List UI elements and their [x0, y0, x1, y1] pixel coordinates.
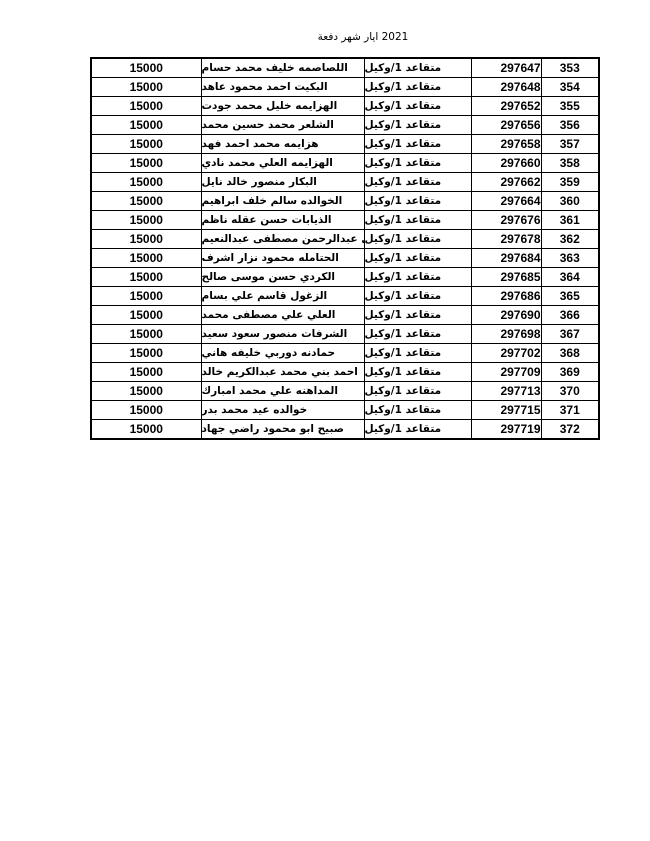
table-row: 15000 صالح موسى حسن الكردي وكيل/‎1 متقاع…	[91, 268, 599, 287]
sequence-cell: 362	[541, 230, 599, 249]
pension-number-cell: 297686	[471, 287, 541, 306]
sequence-cell: 364	[541, 268, 599, 287]
pension-number-cell: 297676	[471, 211, 541, 230]
amount-cell: 15000	[91, 97, 201, 116]
rank-cell: وكيل/‎1 متقاعد	[364, 97, 471, 116]
amount-cell: 15000	[91, 173, 201, 192]
name-cell: ناظم عقله حسن الذيابات	[201, 211, 364, 230]
amount-cell: 15000	[91, 249, 201, 268]
sequence-cell: 361	[541, 211, 599, 230]
pension-table: 15000 حسام محمد خليف اللصاصمه وكيل/‎1 مت…	[90, 57, 600, 440]
table-row: 15000 امبارك محمد علي المداهنه وكيل/‎1 م…	[91, 382, 599, 401]
sequence-cell: 354	[541, 78, 599, 97]
table-row: 15000 جهاد راضي محمود ابو صبيح وكيل/‎1 م…	[91, 420, 599, 440]
page-title: دفعة شهر ايار 2021	[90, 31, 598, 43]
pension-table-body: 15000 حسام محمد خليف اللصاصمه وكيل/‎1 مت…	[91, 58, 599, 439]
table-row: 15000 ابراهيم خلف سالم الخوالده وكيل/‎1 …	[91, 192, 599, 211]
sequence-cell: 355	[541, 97, 599, 116]
sequence-cell: 366	[541, 306, 599, 325]
rank-cell: وكيل/‎1 متقاعد	[364, 78, 471, 97]
name-cell: جهاد راضي محمود ابو صبيح	[201, 420, 364, 440]
sequence-cell: 365	[541, 287, 599, 306]
amount-cell: 15000	[91, 154, 201, 173]
name-cell: محمد مصطفى علي العلي	[201, 306, 364, 325]
sequence-cell: 371	[541, 401, 599, 420]
rank-cell: وكيل/‎1 متقاعد	[364, 192, 471, 211]
rank-cell: وكيل/‎1 متقاعد	[364, 344, 471, 363]
sequence-cell: 367	[541, 325, 599, 344]
table-row: 15000 محمد حسين محمد الشلعر وكيل/‎1 متقا…	[91, 116, 599, 135]
sequence-cell: 363	[541, 249, 599, 268]
amount-cell: 15000	[91, 401, 201, 420]
table-row: 15000 حسام محمد خليف اللصاصمه وكيل/‎1 مت…	[91, 58, 599, 78]
sequence-cell: 356	[541, 116, 599, 135]
name-cell: نايل خالد منصور البكار	[201, 173, 364, 192]
rank-cell: وكيل/‎1 متقاعد	[364, 306, 471, 325]
amount-cell: 15000	[91, 268, 201, 287]
rank-cell: وكيل/‎1 متقاعد	[364, 173, 471, 192]
sequence-cell: 369	[541, 363, 599, 382]
pension-number-cell: 297660	[471, 154, 541, 173]
name-cell: هاني خليفه دوربي حمادنه	[201, 344, 364, 363]
rank-cell: وكيل/‎1 متقاعد	[364, 211, 471, 230]
pension-number-cell: 297664	[471, 192, 541, 211]
table-row: 15000 هاني خليفه دوربي حمادنه وكيل/‎1 مت…	[91, 344, 599, 363]
name-cell: نادي محمد العلي الهزايمه	[201, 154, 364, 173]
amount-cell: 15000	[91, 382, 201, 401]
rank-cell: وكيل/‎1 متقاعد	[364, 325, 471, 344]
sequence-cell: 370	[541, 382, 599, 401]
table-row: 15000 فهد احمد محمد هزايمه وكيل/‎1 متقاع…	[91, 135, 599, 154]
name-cell: فهد احمد محمد هزايمه	[201, 135, 364, 154]
amount-cell: 15000	[91, 306, 201, 325]
pension-number-cell: 297715	[471, 401, 541, 420]
amount-cell: 15000	[91, 363, 201, 382]
name-cell: عاهد محمود احمد البكيت	[201, 78, 364, 97]
pension-number-cell: 297709	[471, 363, 541, 382]
name-cell: بسام علي قاسم الزغول	[201, 287, 364, 306]
amount-cell: 15000	[91, 287, 201, 306]
sequence-cell: 359	[541, 173, 599, 192]
pension-number-cell: 297652	[471, 97, 541, 116]
rank-cell: وكيل/‎1 متقاعد	[364, 135, 471, 154]
table-row: 15000 نايل خالد منصور البكار وكيل/‎1 متق…	[91, 173, 599, 192]
name-cell: امبارك محمد علي المداهنه	[201, 382, 364, 401]
name-cell: سعيد سعود منصور الشرفات	[201, 325, 364, 344]
rank-cell: وكيل/‎1 متقاعد	[364, 382, 471, 401]
pension-number-cell: 297702	[471, 344, 541, 363]
pension-number-cell: 297662	[471, 173, 541, 192]
pension-number-cell: 297719	[471, 420, 541, 440]
pension-number-cell: 297647	[471, 58, 541, 78]
amount-cell: 15000	[91, 230, 201, 249]
name-cell: عبدالنعيم مصطفى عبدالرحمن زقيلي	[201, 230, 364, 249]
sequence-cell: 368	[541, 344, 599, 363]
sequence-cell: 360	[541, 192, 599, 211]
rank-cell: وكيل/‎1 متقاعد	[364, 116, 471, 135]
table-row: 15000 نادي محمد العلي الهزايمه وكيل/‎1 م…	[91, 154, 599, 173]
rank-cell: وكيل/‎1 متقاعد	[364, 230, 471, 249]
table-row: 15000 خالد عبدالكريم محمد بني احمد وكيل/…	[91, 363, 599, 382]
table-row: 15000 سعيد سعود منصور الشرفات وكيل/‎1 مت…	[91, 325, 599, 344]
pension-number-cell: 297656	[471, 116, 541, 135]
pension-number-cell: 297648	[471, 78, 541, 97]
sequence-cell: 372	[541, 420, 599, 440]
name-cell: جودت محمد خليل الهزايمه	[201, 97, 364, 116]
name-cell: اشرف نزار محمود الحتامله	[201, 249, 364, 268]
rank-cell: وكيل/‎1 متقاعد	[364, 58, 471, 78]
amount-cell: 15000	[91, 325, 201, 344]
pension-number-cell: 297658	[471, 135, 541, 154]
amount-cell: 15000	[91, 420, 201, 440]
amount-cell: 15000	[91, 135, 201, 154]
rank-cell: وكيل/‎1 متقاعد	[364, 420, 471, 440]
pension-number-cell: 297698	[471, 325, 541, 344]
pension-number-cell: 297690	[471, 306, 541, 325]
sequence-cell: 357	[541, 135, 599, 154]
pension-number-cell: 297678	[471, 230, 541, 249]
pension-number-cell: 297685	[471, 268, 541, 287]
rank-cell: وكيل/‎1 متقاعد	[364, 401, 471, 420]
sequence-cell: 358	[541, 154, 599, 173]
amount-cell: 15000	[91, 211, 201, 230]
rank-cell: وكيل/‎1 متقاعد	[364, 268, 471, 287]
name-cell: ابراهيم خلف سالم الخوالده	[201, 192, 364, 211]
name-cell: صالح موسى حسن الكردي	[201, 268, 364, 287]
name-cell: محمد حسين محمد الشلعر	[201, 116, 364, 135]
name-cell: خالد عبدالكريم محمد بني احمد	[201, 363, 364, 382]
rank-cell: وكيل/‎1 متقاعد	[364, 363, 471, 382]
table-row: 15000 محمد مصطفى علي العلي وكيل/‎1 متقاع…	[91, 306, 599, 325]
table-row: 15000 اشرف نزار محمود الحتامله وكيل/‎1 م…	[91, 249, 599, 268]
name-cell: حسام محمد خليف اللصاصمه	[201, 58, 364, 78]
pension-number-cell: 297684	[471, 249, 541, 268]
amount-cell: 15000	[91, 78, 201, 97]
rank-cell: وكيل/‎1 متقاعد	[364, 154, 471, 173]
rank-cell: وكيل/‎1 متقاعد	[364, 287, 471, 306]
amount-cell: 15000	[91, 116, 201, 135]
document-page: دفعة شهر ايار 2021 15000 حسام محمد خليف …	[0, 0, 650, 841]
amount-cell: 15000	[91, 344, 201, 363]
sequence-cell: 353	[541, 58, 599, 78]
pension-number-cell: 297713	[471, 382, 541, 401]
table-row: 15000 بسام علي قاسم الزغول وكيل/‎1 متقاع…	[91, 287, 599, 306]
rank-cell: وكيل/‎1 متقاعد	[364, 249, 471, 268]
table-row: 15000 جودت محمد خليل الهزايمه وكيل/‎1 مت…	[91, 97, 599, 116]
table-row: 15000 بدر محمد عيد خوالده وكيل/‎1 متقاعد…	[91, 401, 599, 420]
name-cell: بدر محمد عيد خوالده	[201, 401, 364, 420]
amount-cell: 15000	[91, 58, 201, 78]
table-row: 15000 عبدالنعيم مصطفى عبدالرحمن زقيلي وك…	[91, 230, 599, 249]
table-row: 15000 عاهد محمود احمد البكيت وكيل/‎1 متق…	[91, 78, 599, 97]
table-row: 15000 ناظم عقله حسن الذيابات وكيل/‎1 متق…	[91, 211, 599, 230]
amount-cell: 15000	[91, 192, 201, 211]
